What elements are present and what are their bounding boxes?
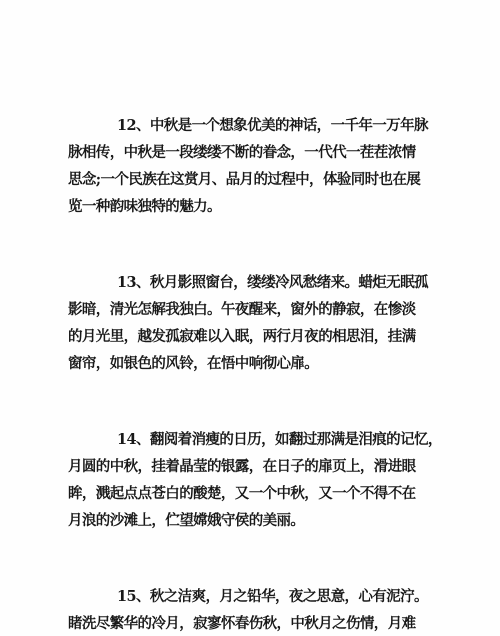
paragraph-line: 眸，溅起点点苍白的酸楚，又一个中秋，又一个不得不在 [68, 480, 470, 507]
paragraph-line: 睹洗尽繁华的冷月，寂寥怀春伤秋，中秋月之伤情，月难 [68, 610, 470, 636]
paragraph-line: 月圆的中秋，挂着晶莹的银露，在日子的扉页上，滑进眼 [68, 453, 470, 480]
paragraph-line: 的月光里，越发孤寂难以入眠，两行月夜的相思泪，挂满 [68, 323, 470, 350]
paragraph-line: 13、秋月影照窗台，缕缕冷风愁绪来。蜡炬无眠孤 [68, 269, 470, 296]
paragraph-15: 15、秋之洁爽，月之铅华，夜之思意，心有泥泞。 睹洗尽繁华的冷月，寂寥怀春伤秋，… [68, 583, 470, 636]
paragraph-line: 影暗，清光怎解我独白。午夜醒来，窗外的静寂，在惨淡 [68, 296, 470, 323]
paragraph-13: 13、秋月影照窗台，缕缕冷风愁绪来。蜡炬无眠孤 影暗，清光怎解我独白。午夜醒来，… [68, 269, 470, 377]
document-page: 12、中秋是一个想象优美的神话，一千年一万年脉 脉相传，中秋是一段缕缕不断的眷念… [0, 0, 500, 636]
paragraph-line: 15、秋之洁爽，月之铅华，夜之思意，心有泥泞。 [68, 583, 470, 610]
paragraph-line: 14、翻阅着消瘦的日历，如翻过那满是泪痕的记忆， [68, 426, 470, 453]
paragraph-line: 月浪的沙滩上，伫望嫦娥守侯的美丽。 [68, 507, 470, 534]
paragraph-12: 12、中秋是一个想象优美的神话，一千年一万年脉 脉相传，中秋是一段缕缕不断的眷念… [68, 112, 470, 220]
paragraph-line: 思念;一个民族在这赏月、品月的过程中，体验同时也在展 [68, 166, 470, 193]
paragraph-line: 12、中秋是一个想象优美的神话，一千年一万年脉 [68, 112, 470, 139]
paragraph-14: 14、翻阅着消瘦的日历，如翻过那满是泪痕的记忆， 月圆的中秋，挂着晶莹的银露，在… [68, 426, 470, 534]
paragraph-line: 脉相传，中秋是一段缕缕不断的眷念，一代代一茬茬浓情 [68, 139, 470, 166]
paragraph-line: 览一种韵味独特的魅力。 [68, 193, 470, 220]
paragraph-line: 窗帘，如银色的风铃，在悟中响彻心扉。 [68, 350, 470, 377]
